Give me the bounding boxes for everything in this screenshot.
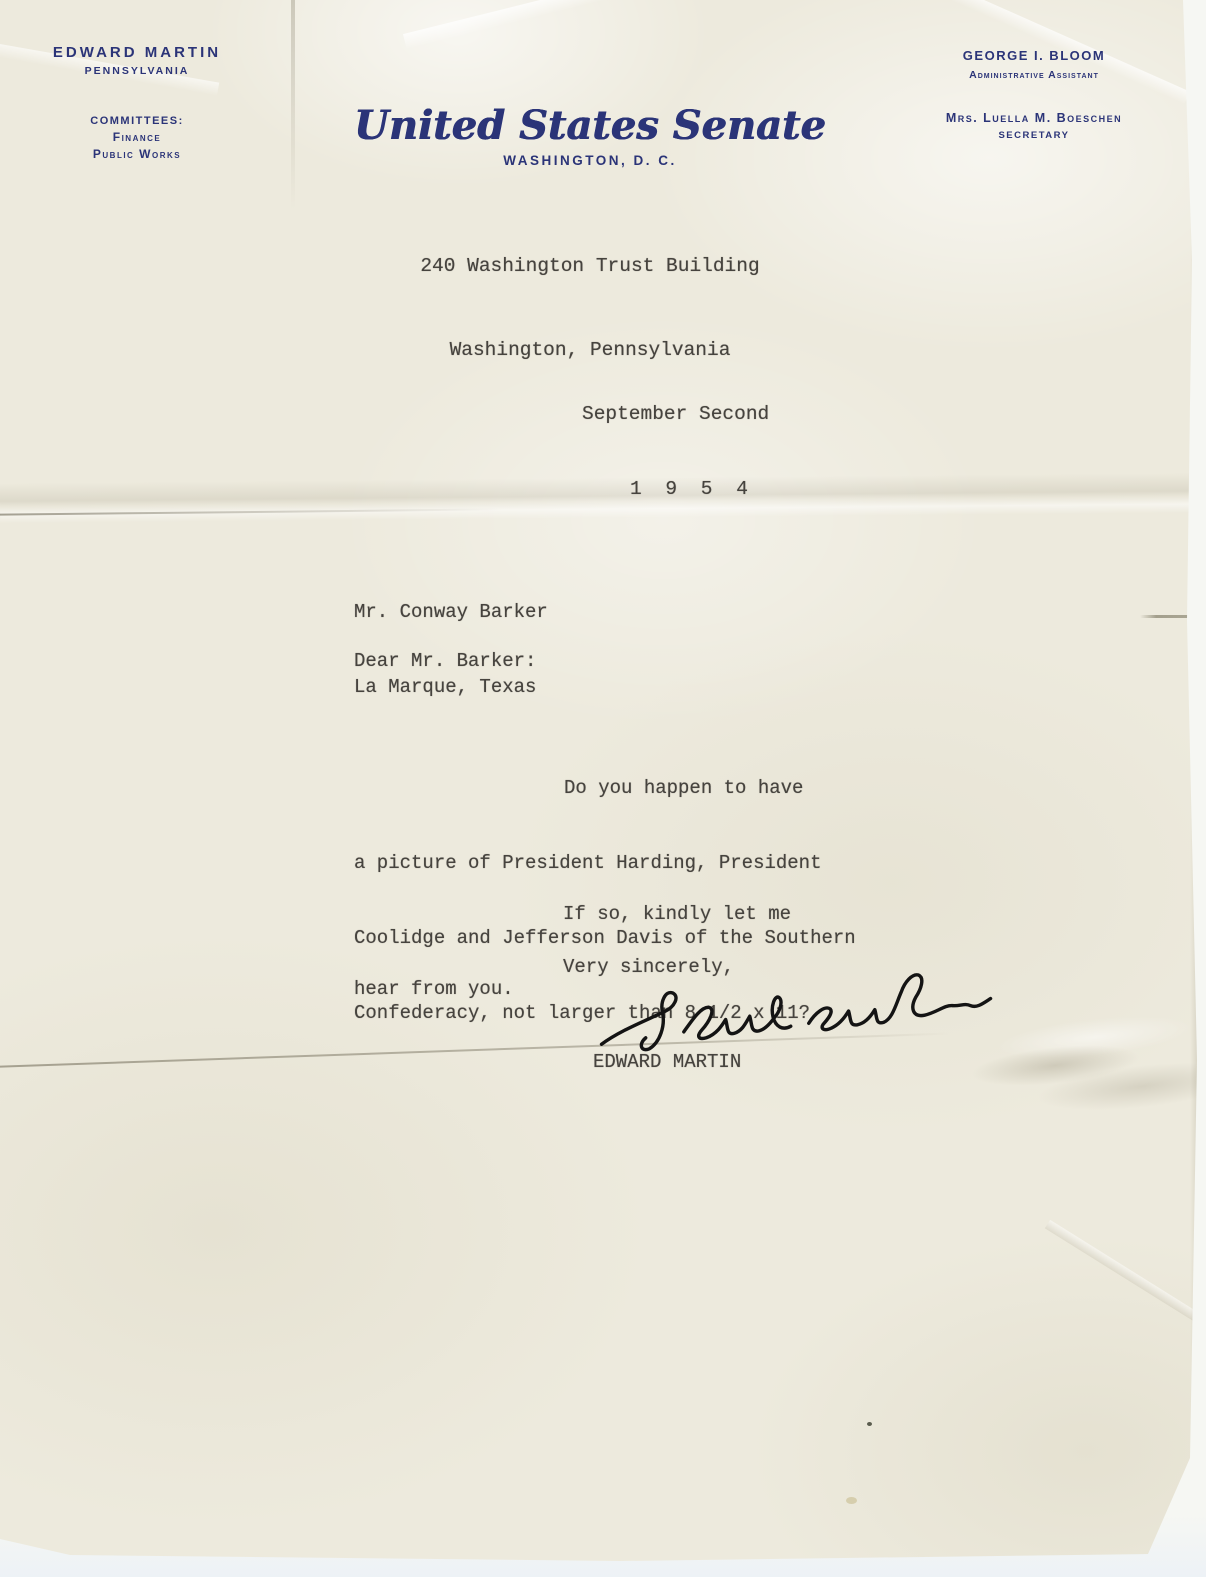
body-line: If so, kindly let me xyxy=(563,902,791,927)
paper-stain xyxy=(846,1497,857,1504)
right-edge-nick xyxy=(1140,615,1194,618)
date-block: September Second 1 9 5 4 xyxy=(582,352,769,552)
assistant-title: Administrative Assistant xyxy=(926,69,1142,81)
assistant-name: GEORGE I. BLOOM xyxy=(926,48,1142,63)
bottom-right-crease xyxy=(1045,1220,1206,1350)
salutation: Dear Mr. Barker: xyxy=(354,649,536,674)
office-address-line1: 240 Washington Trust Building xyxy=(0,252,1180,280)
senate-city: WASHINGTON, D. C. xyxy=(0,153,1180,168)
secretary-name: Mrs. Luella M. Boeschen xyxy=(926,111,1142,125)
senator-name: EDWARD MARTIN xyxy=(38,44,236,61)
horizontal-fold-line xyxy=(0,508,500,515)
recipient-name: Mr. Conway Barker xyxy=(354,600,548,625)
date-line1: September Second xyxy=(582,402,769,427)
right-edge-shading xyxy=(1190,0,1200,1560)
date-line2: 1 9 5 4 xyxy=(630,477,769,502)
ink-speck xyxy=(867,1422,872,1426)
secretary-title: SECRETARY xyxy=(926,130,1142,141)
scanned-letter-scene: EDWARD MARTIN PENNSYLVANIA COMMITTEES: F… xyxy=(0,0,1206,1577)
body-line: Do you happen to have xyxy=(564,776,856,801)
letter-paper: EDWARD MARTIN PENNSYLVANIA COMMITTEES: F… xyxy=(0,0,1206,1577)
typed-sender-name: EDWARD MARTIN xyxy=(593,1050,741,1075)
recipient-location: La Marque, Texas xyxy=(354,675,548,700)
crease-sheen xyxy=(403,0,727,50)
letterhead-right-block: GEORGE I. BLOOM Administrative Assistant… xyxy=(926,48,1142,141)
senator-state: PENNSYLVANIA xyxy=(38,65,236,77)
